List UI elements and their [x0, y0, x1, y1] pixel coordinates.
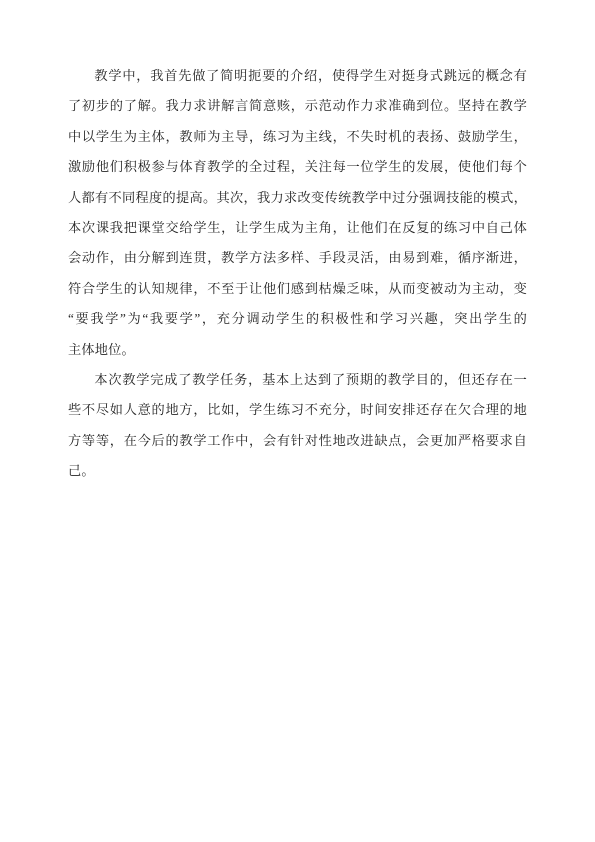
text-line: 中以学生为主体，教师为主导，练习为主线，不失时机的表扬、鼓励学生，	[68, 122, 527, 152]
text-line: 了初步的了解。我力求讲解言简意赅，示范动作力求准确到位。坚持在教学	[68, 91, 527, 121]
text-line: 己。	[68, 456, 527, 486]
text-line: “要我学”为“我要学”，充分调动学生的积极性和学习兴趣，突出学生的	[68, 304, 527, 334]
text-line: 符合学生的认知规律，不至于让他们感到枯燥乏味，从而变被动为主动，变	[68, 274, 527, 304]
text-line: 主体地位。	[68, 335, 527, 365]
paragraph-2: 本次教学完成了教学任务，基本上达到了预期的教学目的，但还存在一 些不尽如人意的地…	[68, 365, 527, 487]
text-line: 方等等，在今后的教学工作中，会有针对性地改进缺点，会更加严格要求自	[68, 426, 527, 456]
text-block: 教学中，我首先做了简明扼要的介绍，使得学生对挺身式跳远的概念有 了初步的了解。我…	[68, 61, 527, 486]
text-line: 会动作，由分解到连贯，教学方法多样、手段灵活，由易到难，循序渐进，	[68, 243, 527, 273]
text-line: 人都有不同程度的提高。其次，我力求改变传统教学中过分强调技能的模式，	[68, 183, 527, 213]
text-line: 本次教学完成了教学任务，基本上达到了预期的教学目的，但还存在一	[68, 365, 527, 395]
text-line: 教学中，我首先做了简明扼要的介绍，使得学生对挺身式跳远的概念有	[68, 61, 527, 91]
document-page: 教学中，我首先做了简明扼要的介绍，使得学生对挺身式跳远的概念有 了初步的了解。我…	[0, 0, 595, 842]
text-line: 些不尽如人意的地方，比如，学生练习不充分，时间安排还存在欠合理的地	[68, 395, 527, 425]
text-line: 激励他们积极参与体育教学的全过程，关注每一位学生的发展，使他们每个	[68, 152, 527, 182]
text-line: 本次课我把课堂交给学生，让学生成为主角，让他们在反复的练习中自己体	[68, 213, 527, 243]
paragraph-1: 教学中，我首先做了简明扼要的介绍，使得学生对挺身式跳远的概念有 了初步的了解。我…	[68, 61, 527, 365]
